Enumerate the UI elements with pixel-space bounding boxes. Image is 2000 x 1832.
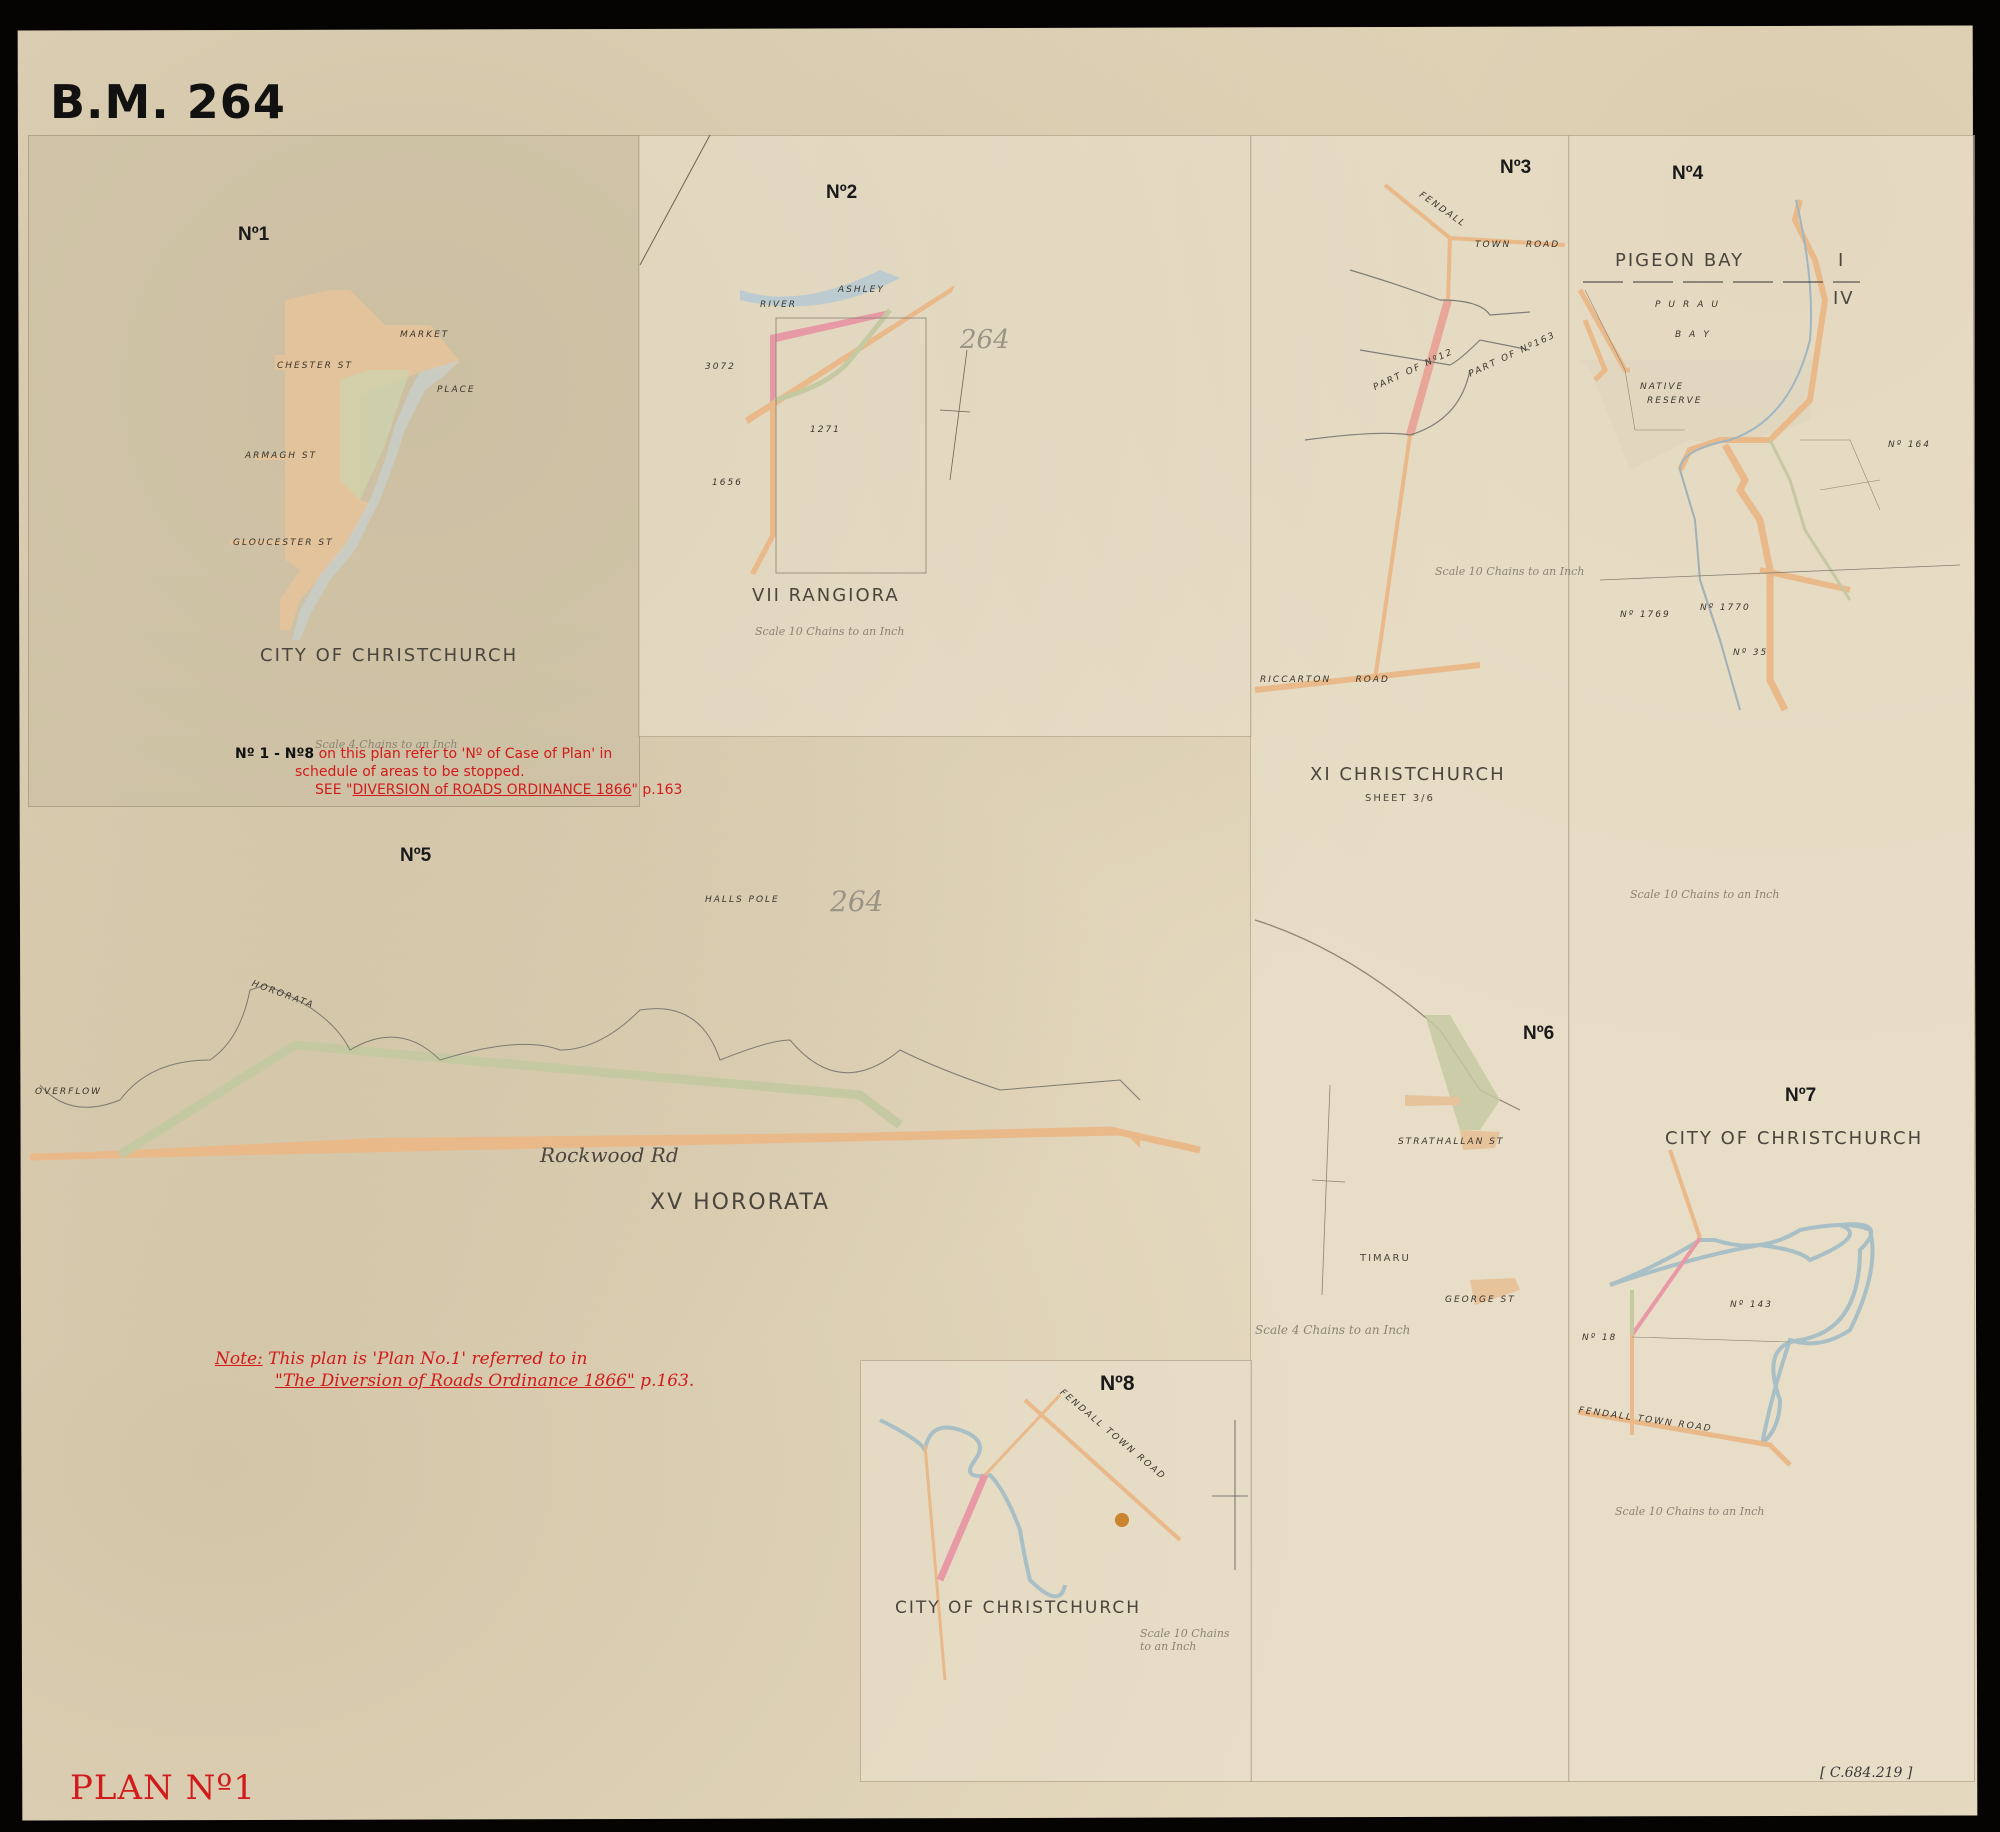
panel-1-title: CITY OF CHRISTCHURCH bbox=[260, 645, 518, 666]
panel-7-scale: Scale 10 Chains to an Inch bbox=[1615, 1505, 1764, 1518]
note-see: SEE " bbox=[315, 782, 352, 798]
panel-4-fraction-bottom: IV bbox=[1833, 288, 1855, 309]
label-strathallan-st: STRATHALLAN ST bbox=[1398, 1137, 1504, 1147]
map-drawing bbox=[0, 0, 2000, 1832]
label-purau: PURAU bbox=[1655, 300, 1726, 310]
label-1271: 1271 bbox=[810, 425, 841, 435]
label-halls-pole: HALLS POLE bbox=[705, 895, 780, 905]
note-line-2: schedule of areas to be stopped. bbox=[235, 763, 682, 781]
label-164: Nº 164 bbox=[1888, 440, 1931, 450]
panel-4-fraction-top: I bbox=[1838, 250, 1845, 271]
label-riccarton-road: RICCARTON ROAD bbox=[1260, 675, 1390, 685]
note-label: Note: bbox=[215, 1349, 263, 1369]
label-rockwood-rd: Rockwood Rd bbox=[540, 1143, 679, 1167]
panel-3-subtitle: SHEET 3/6 bbox=[1365, 793, 1435, 804]
label-market: MARKET bbox=[400, 330, 449, 340]
label-18: Nº 18 bbox=[1582, 1333, 1617, 1343]
panel-2-title: VII RANGIORA bbox=[752, 585, 900, 606]
label-1656: 1656 bbox=[712, 478, 743, 488]
panel-8-number: Nº8 bbox=[1100, 1372, 1135, 1396]
plan-note-page: p.163. bbox=[635, 1371, 695, 1391]
label-ashley: ASHLEY bbox=[838, 285, 885, 295]
panel-6-scale: Scale 4 Chains to an Inch bbox=[1255, 1323, 1410, 1337]
plan-note-line-1: This plan is 'Plan No.1' referred to in bbox=[268, 1349, 587, 1369]
panel-7-number: Nº7 bbox=[1785, 1085, 1816, 1107]
label-native: NATIVE bbox=[1640, 382, 1684, 392]
panel-2-number: Nº2 bbox=[826, 182, 857, 204]
panel-4-number: Nº4 bbox=[1672, 163, 1703, 185]
case-of-plan-note: Nº 1 - Nº8 on this plan refer to 'Nº of … bbox=[235, 745, 682, 799]
label-place: PLACE bbox=[437, 385, 476, 395]
panel-6-drawing bbox=[1255, 920, 1520, 1305]
panel-1-number: Nº1 bbox=[238, 224, 269, 246]
panel-7-title: CITY OF CHRISTCHURCH bbox=[1665, 1128, 1923, 1149]
panel-5-number: Nº5 bbox=[400, 845, 431, 867]
label-143: Nº 143 bbox=[1730, 1300, 1773, 1310]
panel-3-title: XI CHRISTCHURCH bbox=[1310, 764, 1506, 785]
panel-8-scale: Scale 10 Chains to an Inch bbox=[1140, 1627, 1240, 1653]
label-gloucester-st: GLOUCESTER ST bbox=[233, 538, 334, 548]
label-george-st: GEORGE ST bbox=[1445, 1295, 1516, 1305]
plan-note: Note: This plan is 'Plan No.1' referred … bbox=[215, 1348, 694, 1392]
label-reserve: RESERVE bbox=[1647, 396, 1702, 406]
pencil-stamp-264: 264 bbox=[960, 325, 1010, 355]
label-armagh-st: ARMAGH ST bbox=[245, 451, 317, 461]
plan-note-ordinance: "The Diversion of Roads Ordinance 1866" bbox=[275, 1371, 635, 1391]
label-bay: BAY bbox=[1675, 330, 1717, 340]
panel-6-number: Nº6 bbox=[1523, 1023, 1554, 1045]
label-3072: 3072 bbox=[705, 362, 736, 372]
label-1769: Nº 1769 bbox=[1620, 610, 1671, 620]
label-chester-st: CHESTER ST bbox=[277, 361, 353, 371]
panel-5-drawing bbox=[30, 985, 1200, 1160]
panel-3-drawing bbox=[1255, 185, 1565, 690]
panel-2-drawing bbox=[640, 135, 970, 575]
label-river: RIVER bbox=[760, 300, 797, 310]
note-line-1: on this plan refer to 'Nº of Case of Pla… bbox=[319, 746, 613, 762]
panel-1-drawing bbox=[230, 290, 460, 640]
panel-8-title: CITY OF CHRISTCHURCH bbox=[895, 1598, 1141, 1618]
panel-6-title: TIMARU bbox=[1360, 1253, 1411, 1264]
label-town-road: TOWN ROAD bbox=[1475, 240, 1560, 250]
note-page: " p.163 bbox=[632, 782, 683, 798]
archive-reference: [ C.684.219 ] bbox=[1820, 1765, 1912, 1781]
panel-4-drawing bbox=[1580, 200, 1960, 710]
panel-3-scale: Scale 10 Chains to an Inch bbox=[1435, 565, 1584, 578]
panel-5-title: XV HORORATA bbox=[650, 1190, 830, 1215]
label-overflow: OVERFLOW bbox=[35, 1087, 102, 1097]
panel-4-title: PIGEON BAY bbox=[1615, 250, 1744, 271]
panel-3-number: Nº3 bbox=[1500, 157, 1531, 179]
document-reference: B.M. 264 bbox=[50, 75, 286, 129]
label-35: Nº 35 bbox=[1733, 648, 1768, 658]
panel-4-scale: Scale 10 Chains to an Inch bbox=[1630, 888, 1779, 901]
plan-number-label: PLAN Nº1 bbox=[70, 1768, 256, 1808]
pencil-stamp-264-b: 264 bbox=[830, 885, 883, 918]
label-1770: Nº 1770 bbox=[1700, 603, 1751, 613]
note-range: Nº 1 - Nº8 bbox=[235, 746, 314, 762]
panel-2-scale: Scale 10 Chains to an Inch bbox=[755, 625, 904, 638]
ordinance-reference: DIVERSION of ROADS ORDINANCE 1866 bbox=[352, 782, 631, 798]
